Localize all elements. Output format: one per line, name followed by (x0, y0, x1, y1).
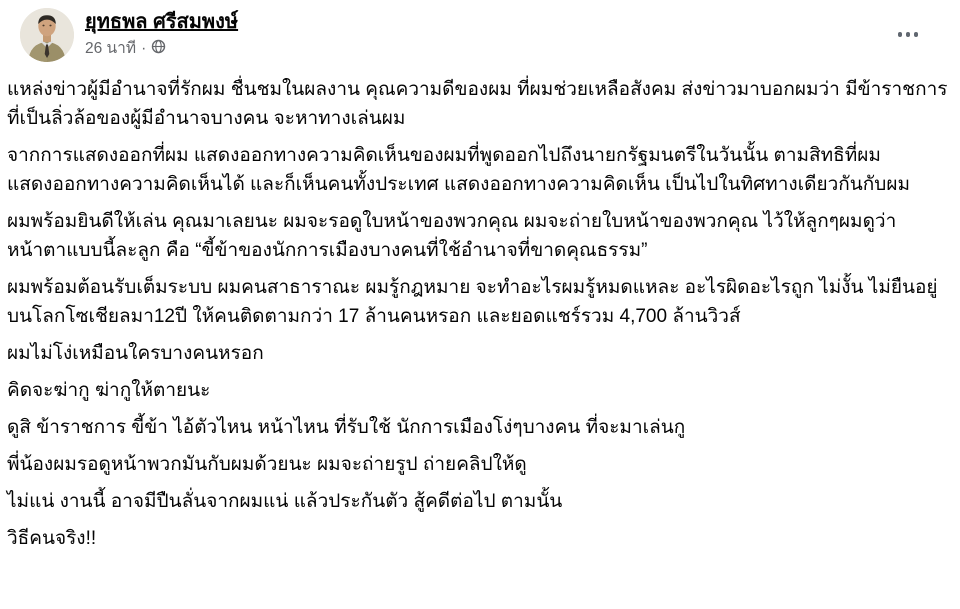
avatar-portrait-image (20, 8, 74, 62)
avatar[interactable] (20, 8, 74, 62)
post-paragraph: วิธีคนจริง!! (7, 524, 950, 553)
header-meta: ยุทธพล ศรีสมพงษ์ 26 นาที · (85, 8, 886, 60)
more-options-icon (898, 32, 903, 37)
facebook-post: ยุทธพล ศรีสมพงษ์ 26 นาที · แหล่งข่าวผู้ม… (0, 0, 960, 609)
post-paragraph: ไม่แน่ งานนี้ อาจมีปืนลั่นจากผมแน่ แล้วป… (7, 487, 950, 516)
more-options-button[interactable] (886, 18, 931, 51)
post-paragraph: ผมไม่โง่เหมือนใครบางคนหรอก (7, 339, 950, 368)
post-paragraph: จากการแสดงออกที่ผม แสดงออกทางความคิดเห็น… (7, 141, 950, 199)
post-paragraph: ผมพร้อมต้อนรับเต็มระบบ ผมคนสาธาราณะ ผมรู… (7, 273, 950, 331)
meta-separator: · (141, 39, 146, 59)
post-paragraph: พี่น้องผมรอดูหน้าพวกมันกับผมด้วยนะ ผมจะถ… (7, 450, 950, 479)
post-paragraph: ผมพร้อมยินดีให้เล่น คุณมาเลยนะ ผมจะรอดูใ… (7, 207, 950, 265)
author-name-link[interactable]: ยุทธพล ศรีสมพงษ์ (85, 9, 238, 35)
timestamp[interactable]: 26 นาที (85, 39, 136, 59)
post-meta-line: 26 นาที · (85, 38, 886, 60)
post-paragraph: ดูสิ ข้าราชการ ขี้ข้า ไอ้ตัวไหน หน้าไหน … (7, 413, 950, 442)
post-content: แหล่งข่าวผู้มีอำนาจที่รักผม ชื่นชมในผลงา… (0, 64, 960, 553)
post-paragraph: แหล่งข่าวผู้มีอำนาจที่รักผม ชื่นชมในผลงา… (7, 75, 950, 133)
globe-privacy-icon (151, 39, 166, 60)
post-header: ยุทธพล ศรีสมพงษ์ 26 นาที · (0, 0, 960, 64)
post-paragraph: คิดจะฆ่ากู ฆ่ากูให้ตายนะ (7, 376, 950, 405)
